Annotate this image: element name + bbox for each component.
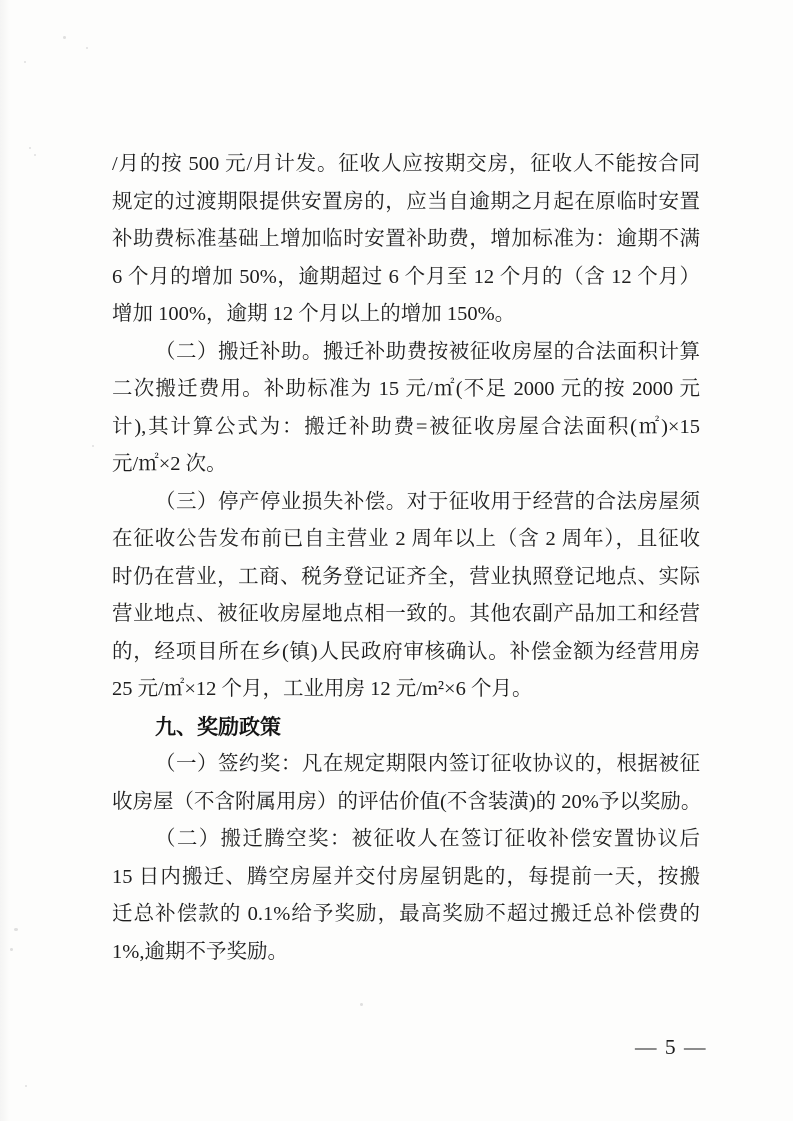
page-number: — 5 — xyxy=(635,1035,707,1060)
text-line: （二）搬迁腾空奖：被征收人在签订征收补偿安置协议后 xyxy=(112,821,700,859)
text-line: （二）搬迁补助。搬迁补助费按被征收房屋的合法面积计算 xyxy=(112,334,700,372)
scan-speck xyxy=(92,445,94,447)
text-line: 元/㎡×2 次。 xyxy=(112,446,700,484)
text-line: 规定的过渡期限提供安置房的，应当自逾期之月起在原临时安置 xyxy=(112,184,700,222)
text-line: 收房屋（不含附属用房）的评估价值(不含装潢)的 20%予以奖励。 xyxy=(112,784,700,822)
text-line: 增加 100%，逾期 12 个月以上的增加 150%。 xyxy=(112,296,700,334)
text-line: 的，经项目所在乡(镇)人民政府审核确认。补偿金额为经营用房 xyxy=(112,634,700,672)
scan-speck xyxy=(360,1003,363,1006)
text-line: 补助费标准基础上增加临时安置补助费，增加标准为：逾期不满 xyxy=(112,221,700,259)
scan-speck xyxy=(14,928,18,931)
text-line: 迁总补偿款的 0.1%给予奖励，最高奖励不超过搬迁总补偿费的 xyxy=(112,896,700,934)
text-line: 1%,逾期不予奖励。 xyxy=(112,934,700,972)
text-line: （三）停产停业损失补偿。对于征收用于经营的合法房屋须 xyxy=(112,484,700,522)
text-line: /月的按 500 元/月计发。征收人应按期交房，征收人不能按合同 xyxy=(112,146,700,184)
document-page: /月的按 500 元/月计发。征收人应按期交房，征收人不能按合同规定的过渡期限提… xyxy=(0,0,793,1121)
text-line: 25 元/㎡×12 个月，工业用房 12 元/m²×6 个月。 xyxy=(112,671,700,709)
text-line: 二次搬迁费用。补助标准为 15 元/㎡(不足 2000 元的按 2000 元 xyxy=(112,371,700,409)
scan-speck xyxy=(63,36,66,39)
text-line: （一）签约奖：凡在规定期限内签订征收协议的，根据被征 xyxy=(112,746,700,784)
scan-speck xyxy=(29,147,31,149)
text-line: 计),其计算公式为：搬迁补助费=被征收房屋合法面积(㎡)×15 xyxy=(112,409,700,447)
text-line: 6 个月的增加 50%，逾期超过 6 个月至 12 个月的（含 12 个月） xyxy=(112,259,700,297)
scan-speck xyxy=(10,948,13,951)
scan-speck xyxy=(24,61,26,63)
scan-speck xyxy=(25,1085,27,1087)
text-line: 时仍在营业，工商、税务登记证齐全，营业执照登记地点、实际 xyxy=(112,559,700,597)
scan-speck xyxy=(34,154,36,156)
section-heading: 九、奖励政策 xyxy=(112,709,700,747)
text-line: 在征收公告发布前已自主营业 2 周年以上（含 2 周年），且征收 xyxy=(112,521,700,559)
scan-speck xyxy=(86,47,88,49)
document-body: /月的按 500 元/月计发。征收人应按期交房，征收人不能按合同规定的过渡期限提… xyxy=(112,146,700,971)
text-line: 15 日内搬迁、腾空房屋并交付房屋钥匙的，每提前一天，按搬 xyxy=(112,859,700,897)
text-line: 营业地点、被征收房屋地点相一致的。其他农副产品加工和经营 xyxy=(112,596,700,634)
